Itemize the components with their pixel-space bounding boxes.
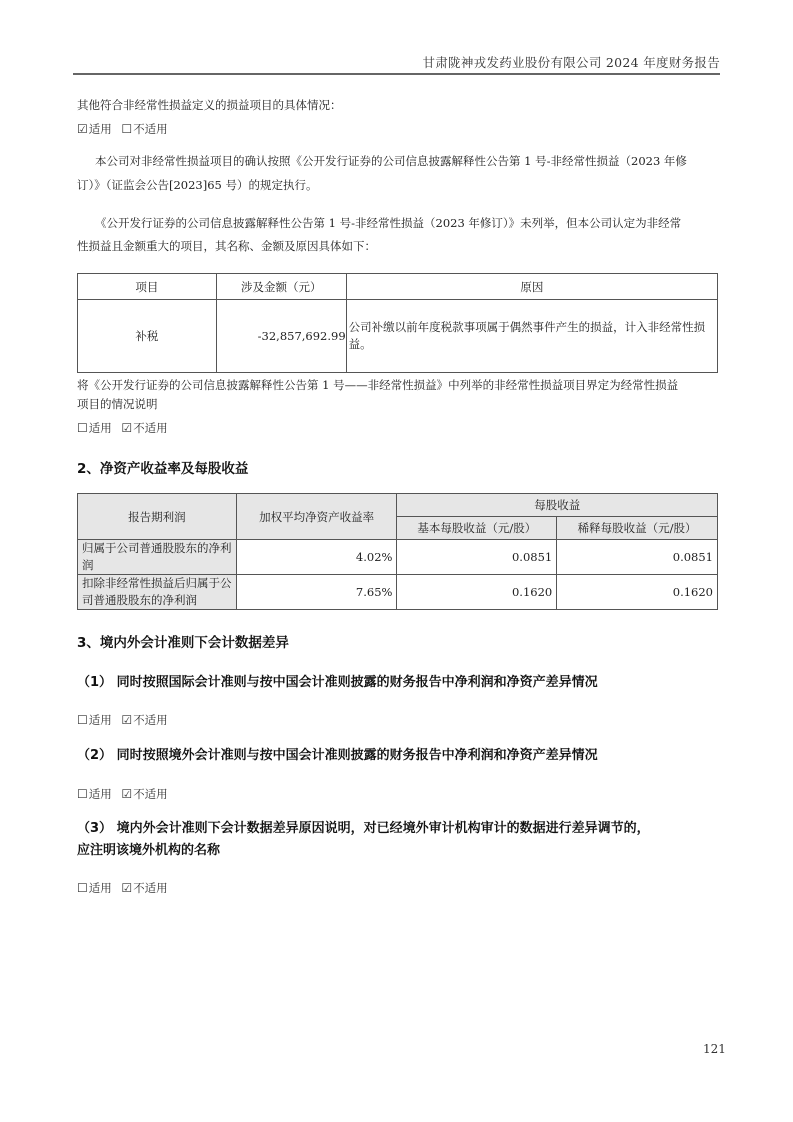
document-header-title: 甘肃陇神戎发药业股份有限公司 2024 年度财务报告 xyxy=(422,53,720,71)
table-row: 扣除非经常性损益后归属于公司普通股股东的净利润 7.65% 0.1620 0.1… xyxy=(78,575,718,610)
reclass-checkbox-group: ☐适用 ☑不适用 xyxy=(77,420,168,436)
cell-profit-label: 扣除非经常性损益后归属于公司普通股股东的净利润 xyxy=(78,575,237,610)
para2-line1: 《公开发行证券的公司信息披露解释性公告第 1 号-非经常性损益（2023 年修订… xyxy=(95,212,681,234)
checked-box-icon: ☑ xyxy=(121,881,132,895)
other-items-checkbox-group: ☑适用 ☐不适用 xyxy=(77,121,168,137)
col-header-amount: 涉及金额（元） xyxy=(216,274,346,300)
applicable-label: 适用 xyxy=(89,421,112,435)
applicable-label: 适用 xyxy=(89,122,112,136)
col-header-basic-eps: 基本每股收益（元/股） xyxy=(397,517,557,540)
not-applicable-label: 不适用 xyxy=(133,122,168,136)
para1-line1: 本公司对非经常性损益项目的确认按照《公开发行证券的公司信息披露解释性公告第 1 … xyxy=(95,150,687,172)
applicable-label: 适用 xyxy=(89,881,112,895)
not-applicable-label: 不适用 xyxy=(133,787,168,801)
cell-reason: 公司补缴以前年度税款事项属于偶然事件产生的损益，计入非经常性损益。 xyxy=(346,300,717,373)
section2-heading: 2、净资产收益率及每股收益 xyxy=(77,457,248,477)
unchecked-box-icon: ☐ xyxy=(121,122,132,136)
page-number: 121 xyxy=(703,1042,726,1056)
col-header-reason: 原因 xyxy=(346,274,717,300)
checked-box-icon: ☑ xyxy=(121,713,132,727)
table-header-row: 项目 涉及金额（元） 原因 xyxy=(78,274,718,300)
unchecked-box-icon: ☐ xyxy=(77,787,88,801)
header-divider xyxy=(73,73,720,75)
cell-diluted-eps: 0.0851 xyxy=(557,540,718,575)
cell-amount: -32,857,692.99 xyxy=(216,300,346,373)
cell-basic-eps: 0.0851 xyxy=(397,540,557,575)
nonrecurring-items-table: 项目 涉及金额（元） 原因 补税 -32,857,692.99 公司补缴以前年度… xyxy=(77,273,718,373)
sub2-checkbox-group: ☐适用 ☑不适用 xyxy=(77,786,168,802)
cell-roe: 4.02% xyxy=(236,540,397,575)
cell-basic-eps: 0.1620 xyxy=(397,575,557,610)
reclass-line1: 将《公开发行证券的公司信息披露解释性公告第 1 号——非经常性损益》中列举的非经… xyxy=(77,376,678,395)
sub3-heading-line2: 应注明该境外机构的名称 xyxy=(77,840,220,862)
col-header-roe: 加权平均净资产收益率 xyxy=(236,494,397,540)
cell-diluted-eps: 0.1620 xyxy=(557,575,718,610)
applicable-label: 适用 xyxy=(89,713,112,727)
checked-box-icon: ☑ xyxy=(121,787,132,801)
table-row: 归属于公司普通股股东的净利润 4.02% 0.0851 0.0851 xyxy=(78,540,718,575)
not-applicable-label: 不适用 xyxy=(133,881,168,895)
roe-eps-table: 报告期利润 加权平均净资产收益率 每股收益 基本每股收益（元/股） 稀释每股收益… xyxy=(77,493,718,610)
cell-roe: 7.65% xyxy=(236,575,397,610)
section3-heading: 3、境内外会计准则下会计数据差异 xyxy=(77,631,289,651)
sub1-checkbox-group: ☐适用 ☑不适用 xyxy=(77,712,168,728)
col-header-profit: 报告期利润 xyxy=(78,494,237,540)
sub3-heading-line1: （3） 境内外会计准则下会计数据差异原因说明，对已经境外审计机构审计的数据进行差… xyxy=(77,818,650,840)
unchecked-box-icon: ☐ xyxy=(77,421,88,435)
checked-box-icon: ☑ xyxy=(121,421,132,435)
sub2-heading: （2） 同时按照境外会计准则与按中国会计准则披露的财务报告中净利润和净资产差异情… xyxy=(77,745,598,767)
not-applicable-label: 不适用 xyxy=(133,713,168,727)
not-applicable-label: 不适用 xyxy=(133,421,168,435)
para2-line2: 性损益且金额重大的项目，其名称、金额及原因具体如下： xyxy=(77,235,376,257)
col-header-diluted-eps: 稀释每股收益（元/股） xyxy=(557,517,718,540)
cell-profit-label: 归属于公司普通股股东的净利润 xyxy=(78,540,237,575)
checked-box-icon: ☑ xyxy=(77,122,88,136)
table-header-row: 报告期利润 加权平均净资产收益率 每股收益 xyxy=(78,494,718,517)
unchecked-box-icon: ☐ xyxy=(77,713,88,727)
unchecked-box-icon: ☐ xyxy=(77,881,88,895)
sub1-heading: （1） 同时按照国际会计准则与按中国会计准则披露的财务报告中净利润和净资产差异情… xyxy=(77,672,598,694)
cell-item: 补税 xyxy=(78,300,217,373)
applicable-label: 适用 xyxy=(89,787,112,801)
col-header-item: 项目 xyxy=(78,274,217,300)
other-items-intro: 其他符合非经常性损益定义的损益项目的具体情况： xyxy=(77,94,342,116)
reclass-line2: 项目的情况说明 xyxy=(77,395,158,414)
table-row: 补税 -32,857,692.99 公司补缴以前年度税款事项属于偶然事件产生的损… xyxy=(78,300,718,373)
col-header-eps: 每股收益 xyxy=(397,494,718,517)
sub3-checkbox-group: ☐适用 ☑不适用 xyxy=(77,880,168,896)
para1-line2: 订）》（证监会公告[2023]65 号）的规定执行。 xyxy=(77,174,318,196)
